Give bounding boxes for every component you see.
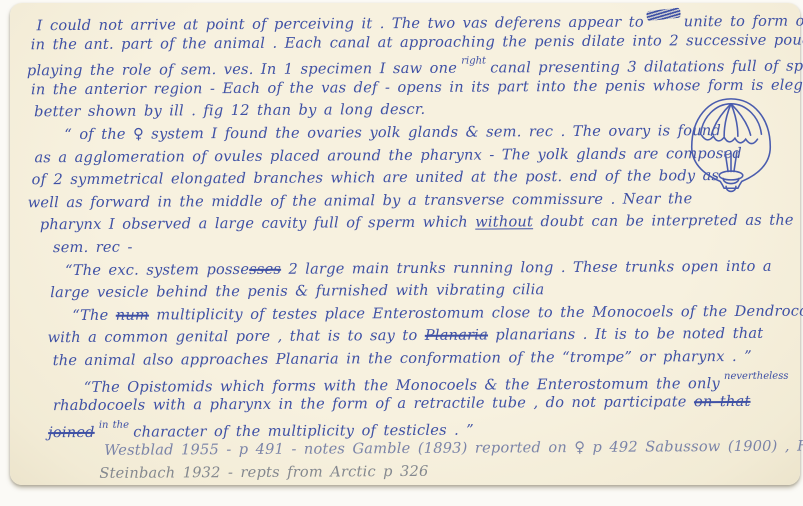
- handwritten-segment: “ of the ♀ system I found the ovaries yo…: [64, 122, 721, 143]
- handwritten-segment: character of the multiplicity of testicl…: [133, 421, 474, 440]
- handwritten-segment: planarians . It is to be noted that: [488, 325, 763, 344]
- handwritten-segment: rhabdocoels with a pharynx in the form o…: [53, 393, 694, 414]
- handwritten-segment: as a agglomeration of ovules placed arou…: [34, 145, 742, 166]
- index-card: I could not arrive at point of perceivin…: [10, 3, 800, 485]
- handwritten-segment: the animal also approaches Planaria in t…: [53, 348, 752, 369]
- handwritten-segment: Planaria: [425, 327, 488, 344]
- handwritten-segment: Steinbach 1932 - repts from Arctic p 326: [99, 463, 428, 482]
- handwritten-segment: pharynx I observed a large cavity full o…: [40, 214, 475, 234]
- handwritten-segment: “The Opistomids which forms with the Mon…: [84, 375, 720, 396]
- handwritten-segment: unite to form one branch: [684, 12, 803, 30]
- handwritten-segment: num: [116, 306, 149, 323]
- handwritten-segment: in the: [95, 419, 134, 430]
- handwritten-segment: Westblad 1955 - p 491 - notes Gamble (18…: [104, 437, 803, 459]
- handwritten-segment: canal presenting 3 dilatations full of s…: [490, 58, 803, 77]
- handwritten-segment: I could not arrive at point of perceivin…: [37, 14, 644, 35]
- handwritten-segment: 2 large main trunks running long . These…: [281, 257, 772, 277]
- handwritten-segment: of 2 symmetrical elongated branches whic…: [32, 167, 720, 188]
- photo-background: I could not arrive at point of perceivin…: [0, 0, 803, 506]
- handwritten-segment: multiplicity of testes place Enterostomu…: [149, 302, 803, 323]
- bulb-sketch-icon: [680, 93, 782, 201]
- handwritten-segment: without: [475, 214, 533, 231]
- handwritten-segment: playing the role of sem. ves. In 1 speci…: [27, 60, 457, 80]
- bulb-sketch-figure: [680, 93, 782, 201]
- handwritten-segment: right: [457, 56, 490, 67]
- handwritten-segment: joined: [48, 424, 95, 441]
- note-lines: I could not arrive at point of perceivin…: [9, 9, 802, 488]
- handwritten-line: Steinbach 1932 - repts from Arctic p 326: [11, 460, 801, 487]
- handwritten-segment: with a common genital pore , that is to …: [47, 327, 424, 346]
- handwritten-segment: nevertheless: [720, 370, 789, 381]
- handwritten-segment: “The: [72, 306, 115, 323]
- handwritten-segment: well as forward in the middle of the ani…: [28, 190, 693, 211]
- handwritten-segment: “The exc. system posse: [65, 260, 249, 278]
- handwritten-segment: sses: [249, 260, 281, 277]
- handwritten-segment: in the ant. part of the animal . Each ca…: [31, 31, 803, 53]
- handwritten-segment: on that: [694, 393, 751, 410]
- handwritten-segment: sem. rec -: [53, 239, 133, 256]
- ink-blot: [646, 8, 681, 22]
- handwritten-segment: doubt can be interpreted as the: [533, 212, 794, 231]
- handwritten-segment: large vesicle behind the penis & furnish…: [50, 281, 544, 301]
- handwritten-segment: better shown by ill . fig 12 than by a l…: [34, 101, 425, 120]
